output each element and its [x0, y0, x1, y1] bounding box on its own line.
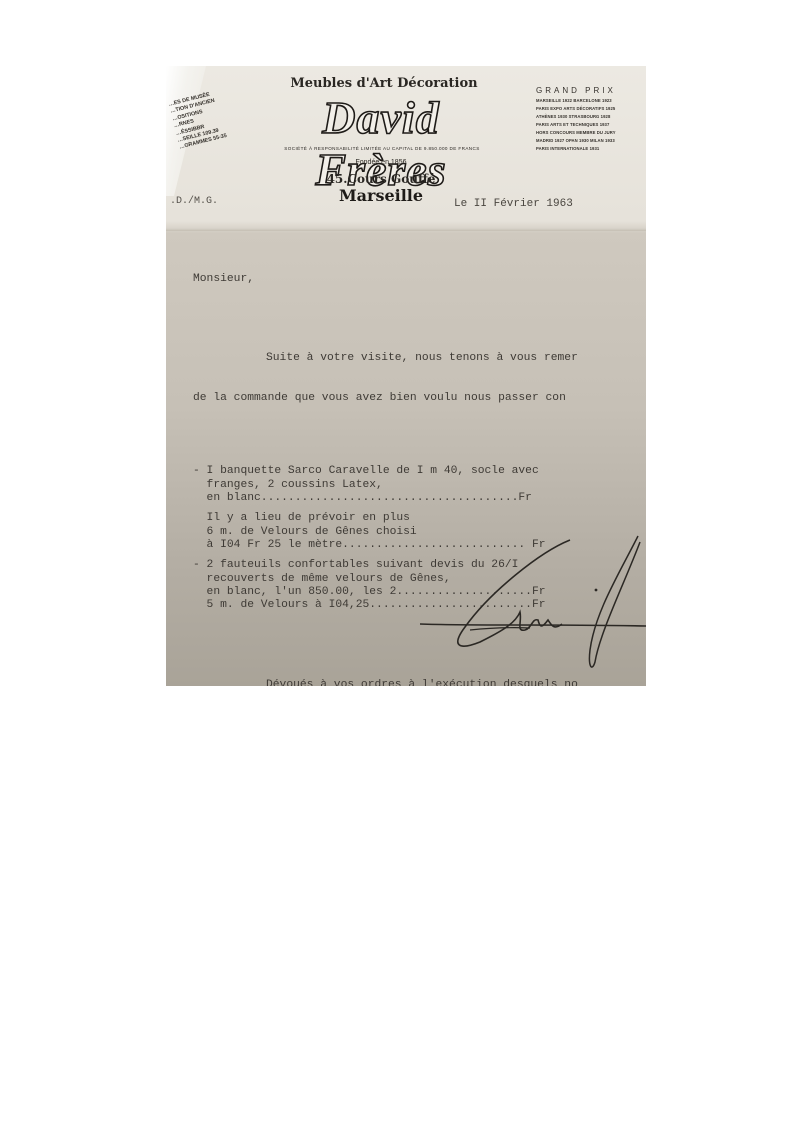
salutation: Monsieur,: [193, 273, 646, 286]
order-item: - I banquette Sarco Caravelle de I m 40,…: [193, 465, 646, 505]
letter-photo: …ES DE MUSÉE…TION D'ANCIEN…OSITIONS…RNES…: [166, 66, 646, 686]
signature: [420, 532, 646, 682]
letterhead-legal: SOCIÉTÉ À RESPONSABILITÉ LIMITÉE AU CAPI…: [262, 146, 502, 151]
order-item-line: franges, 2 coussins Latex,: [193, 479, 646, 492]
intro-line: de la commande que vous avez bien voulu …: [193, 392, 646, 405]
letter-date: Le II Février 1963: [454, 198, 573, 210]
letterhead-address: 45.Cours Gouffé: [316, 172, 446, 186]
letterhead-founded: Fondée en 1856: [316, 159, 446, 166]
grand-prix-block: GRAND PRIX MARSEILLE 1922 BARCELONE 1923…: [536, 86, 636, 153]
photo-seam: [166, 228, 646, 231]
intro-line: Suite à votre visite, nous tenons à vous…: [193, 352, 646, 365]
grand-prix-title: GRAND PRIX: [536, 86, 636, 95]
grand-prix-list: MARSEILLE 1922 BARCELONE 1923PARIS EXPO …: [536, 97, 636, 153]
order-item-line: en blanc................................…: [193, 492, 646, 505]
grand-prix-line: PARIS ARTS ET TECHNIQUES 1937: [536, 121, 636, 129]
grand-prix-line: HORS CONCOURS MEMBRE DU JURY: [536, 129, 636, 137]
grand-prix-line: MADRID 1927 OPAN 1930 MILAN 1933: [536, 137, 636, 145]
grand-prix-line: PARIS EXPO ARTS DÉCORATIFS 1925: [536, 105, 636, 113]
letterhead-tagline: Meubles d'Art Décoration: [284, 76, 484, 91]
grand-prix-line: MARSEILLE 1922 BARCELONE 1923: [536, 97, 636, 105]
order-item-line: - I banquette Sarco Caravelle de I m 40,…: [193, 465, 646, 478]
order-item-line: Il y a lieu de prévoir en plus: [193, 512, 646, 525]
grand-prix-line: PARIS INTERNATIONALE 1931: [536, 145, 636, 153]
reference: .D./M.G.: [170, 196, 218, 207]
letterhead-city: Marseille: [306, 186, 456, 205]
grand-prix-line: ATHÈNES 1930 STRASBOURG 1928: [536, 113, 636, 121]
